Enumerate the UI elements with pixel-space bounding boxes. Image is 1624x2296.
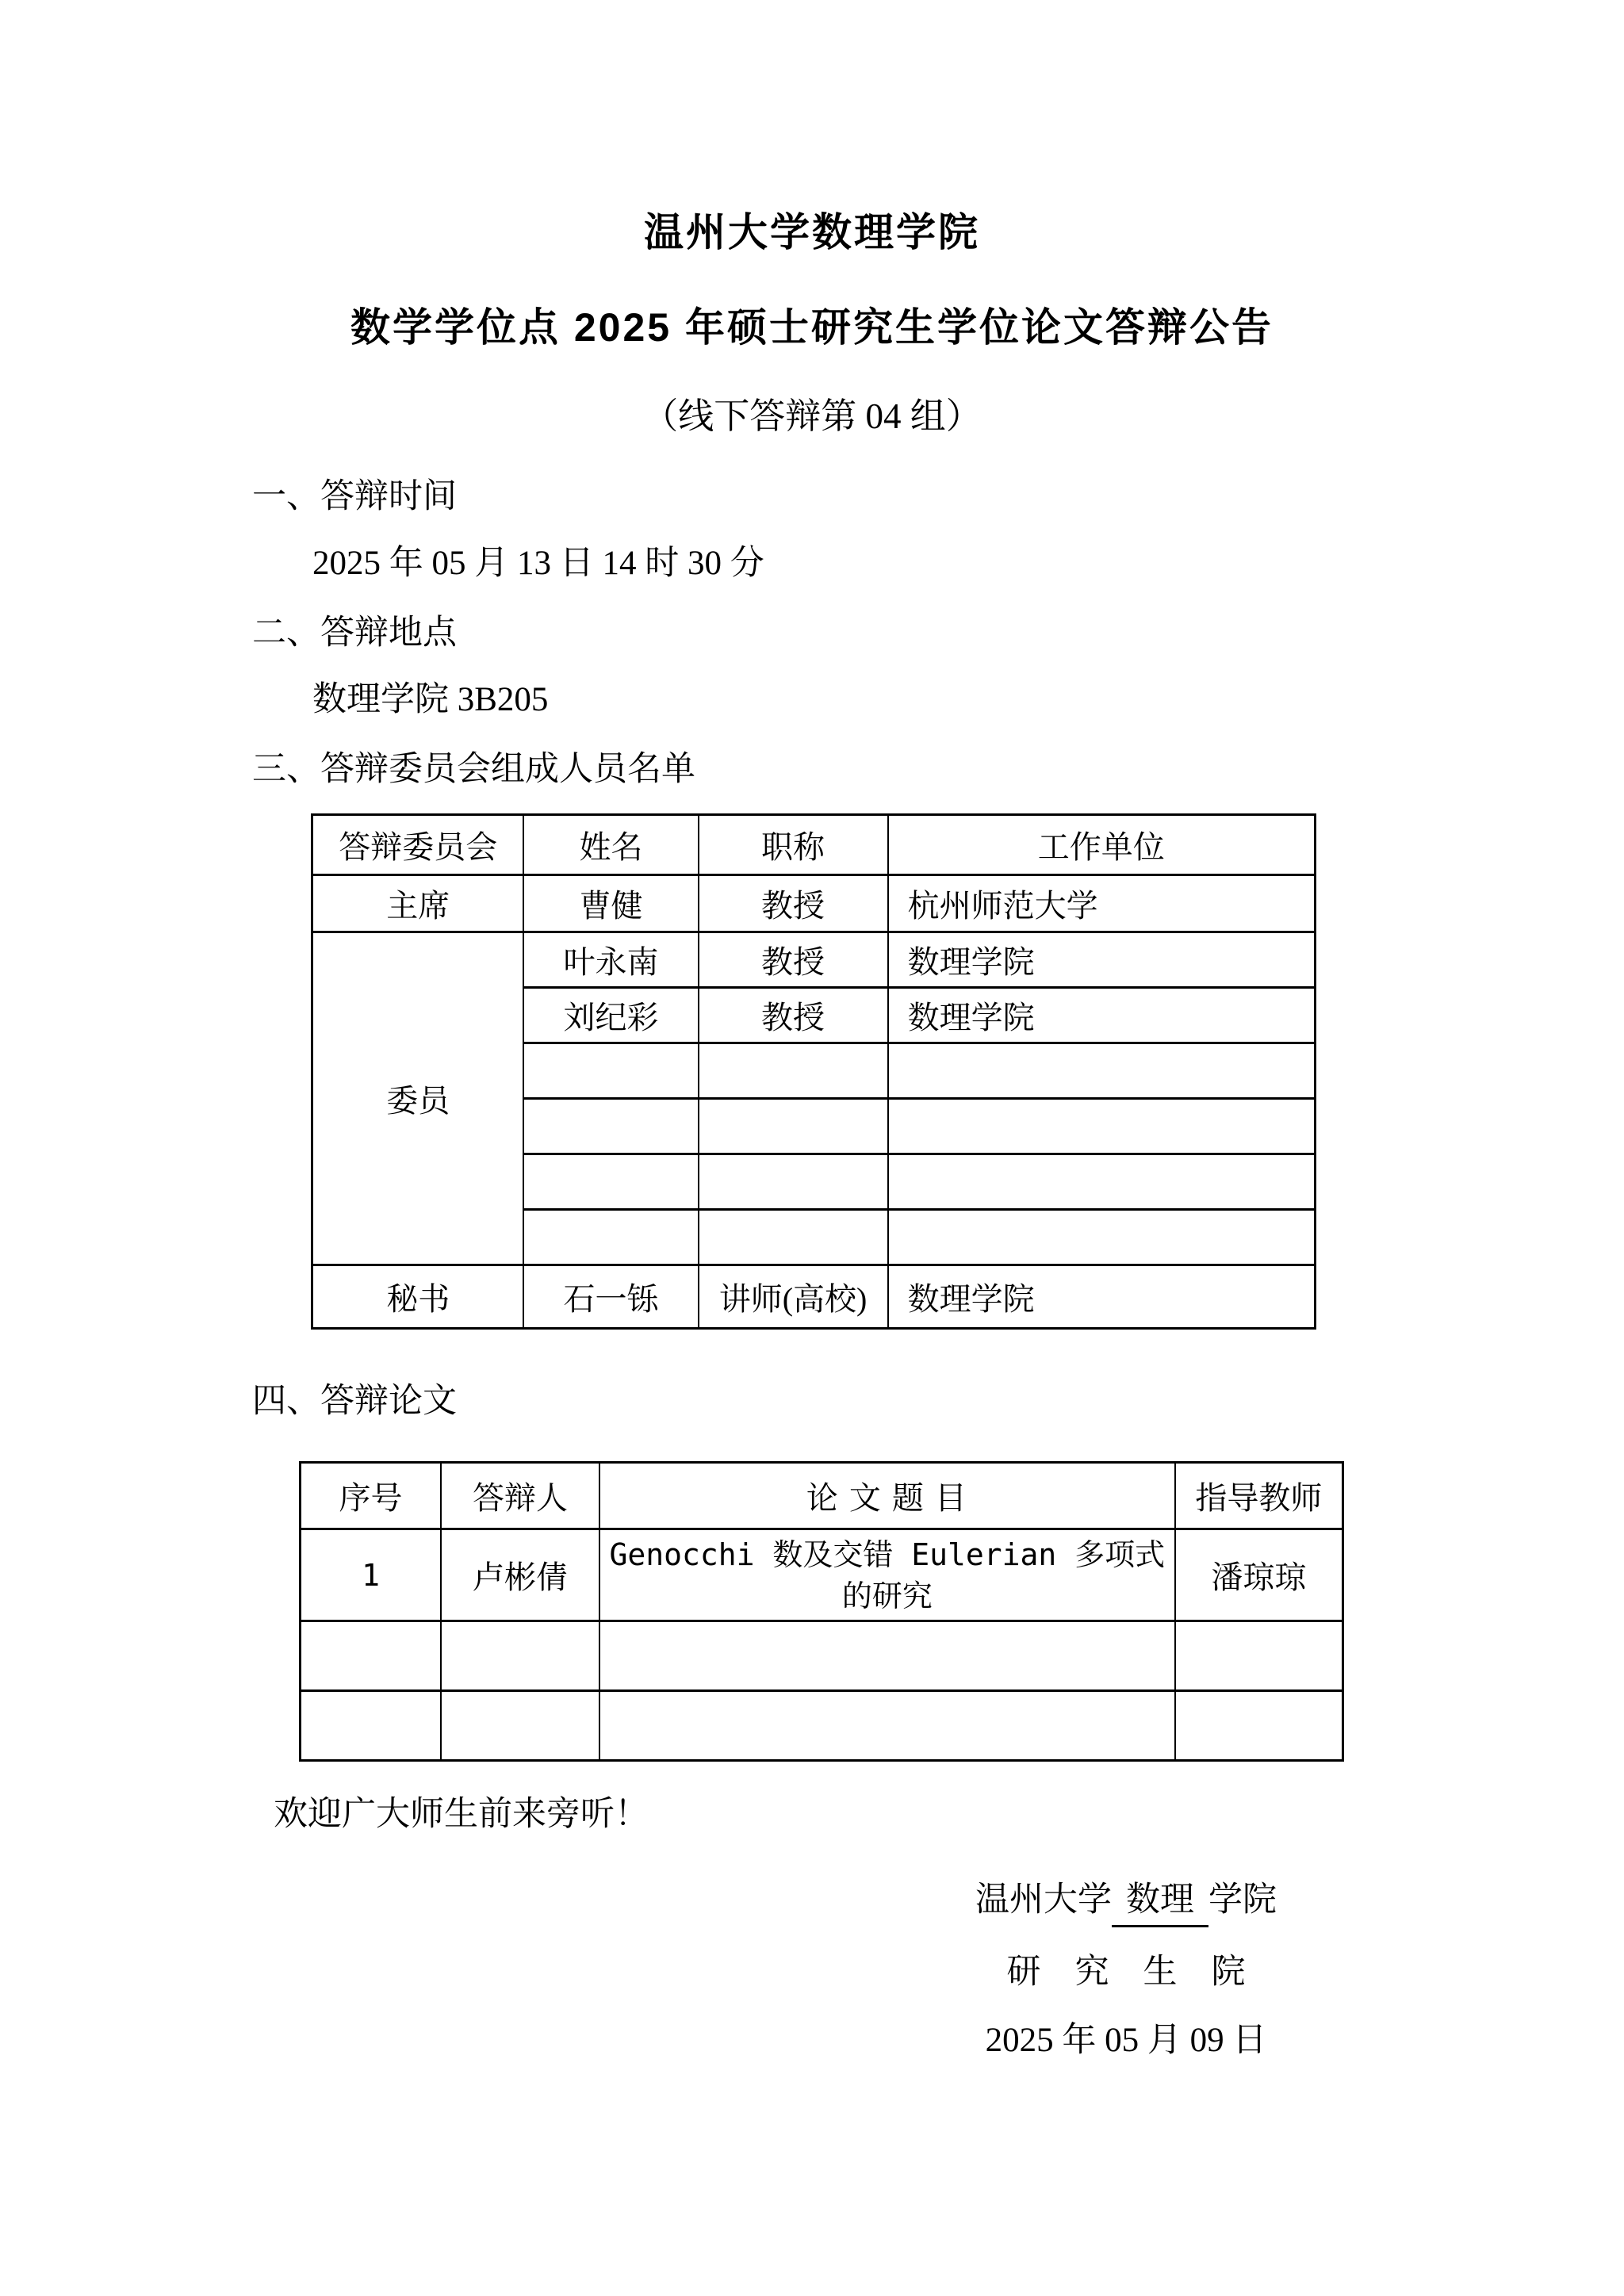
member-title-cell: 教授: [699, 932, 888, 988]
thesis-title-cell: [599, 1691, 1175, 1761]
chair-title-cell: 教授: [699, 875, 888, 932]
member-name-cell: 叶永南: [523, 932, 698, 988]
member-unit-cell: 数理学院: [888, 988, 1316, 1043]
thesis-advisor-cell: [1175, 1621, 1343, 1691]
committee-header-title: 职称: [699, 815, 888, 875]
page-title: 温州大学数理学院: [0, 0, 1624, 257]
table-row: 秘书 石一铄 讲师(高校) 数理学院: [312, 1265, 1316, 1329]
issuing-college-line: 温州大学数理学院: [888, 1877, 1364, 1927]
committee-header-unit: 工作单位: [888, 815, 1316, 875]
section-heading-committee: 三、答辩委员会组成人员名单: [252, 747, 1624, 793]
org-unit-underlined: 数理: [1112, 1877, 1208, 1927]
thesis-no-cell: 1: [301, 1529, 442, 1621]
table-row: 主席 曹健 教授 杭州师范大学: [312, 875, 1316, 932]
thesis-table: 序号 答辩人 论 文 题 目 指导教师 1 卢彬倩 Genocchi 数及交错 …: [299, 1461, 1344, 1762]
member-unit-cell: 数理学院: [888, 932, 1316, 988]
thesis-header-defender: 答辩人: [441, 1463, 599, 1529]
member-name-cell: [523, 1154, 698, 1210]
welcome-message: 欢迎广大师生前来旁听！: [274, 1792, 1624, 1838]
member-title-cell: [699, 1099, 888, 1154]
committee-header-row: 答辩委员会 姓名 职称 工作单位: [312, 815, 1316, 875]
table-row: 委员 叶永南 教授 数理学院: [312, 932, 1316, 988]
thesis-header-title: 论 文 题 目: [599, 1463, 1175, 1529]
member-title-cell: [699, 1043, 888, 1099]
member-unit-cell: [888, 1154, 1316, 1210]
thesis-header-no: 序号: [301, 1463, 442, 1529]
member-unit-cell: [888, 1210, 1316, 1265]
table-row: [301, 1621, 1343, 1691]
chair-unit-cell: 杭州师范大学: [888, 875, 1316, 932]
member-title-cell: [699, 1210, 888, 1265]
signature-block: 温州大学数理学院 研 究 生 院 2025 年 05 月 09 日: [888, 1877, 1364, 2064]
member-role-cell: 委员: [312, 932, 524, 1265]
thesis-no-cell: [301, 1691, 442, 1761]
page-title-line2: 数学学位点 2025 年硕士研究生学位论文答辩公告: [0, 303, 1624, 352]
section-heading-place: 二、答辩地点: [252, 610, 1624, 656]
section-heading-thesis: 四、答辩论文: [252, 1379, 1624, 1425]
committee-header-name: 姓名: [523, 815, 698, 875]
member-name-cell: [523, 1210, 698, 1265]
member-name-cell: [523, 1043, 698, 1099]
section-heading-time: 一、答辩时间: [252, 474, 1624, 520]
committee-table: 答辩委员会 姓名 职称 工作单位 主席 曹健 教授 杭州师范大学 委员 叶永南 …: [311, 813, 1316, 1330]
secretary-title-cell: 讲师(高校): [699, 1265, 888, 1329]
member-name-cell: [523, 1099, 698, 1154]
secretary-unit-cell: 数理学院: [888, 1265, 1316, 1329]
group-subtitle: （线下答辩第 04 组）: [0, 393, 1624, 439]
committee-header-role: 答辩委员会: [312, 815, 524, 875]
thesis-title-cell: Genocchi 数及交错 Eulerian 多项式的研究: [599, 1529, 1175, 1621]
thesis-defender-cell: 卢彬倩: [441, 1529, 599, 1621]
issue-date: 2025 年 05 月 09 日: [888, 2018, 1364, 2064]
thesis-defender-cell: [441, 1621, 599, 1691]
chair-role-cell: 主席: [312, 875, 524, 932]
defense-time-value: 2025 年 05 月 13 日 14 时 30 分: [312, 541, 1624, 587]
graduate-school-line: 研 究 生 院: [888, 1950, 1364, 1996]
member-name-cell: 刘纪彩: [523, 988, 698, 1043]
thesis-title-cell: [599, 1621, 1175, 1691]
secretary-role-cell: 秘书: [312, 1265, 524, 1329]
defense-announcement-document: 温州大学数理学院 数学学位点 2025 年硕士研究生学位论文答辩公告 （线下答辩…: [0, 0, 1624, 2296]
chair-name-cell: 曹健: [523, 875, 698, 932]
org-suffix: 学院: [1208, 1881, 1277, 1919]
thesis-header-row: 序号 答辩人 论 文 题 目 指导教师: [301, 1463, 1343, 1529]
member-unit-cell: [888, 1043, 1316, 1099]
thesis-header-advisor: 指导教师: [1175, 1463, 1343, 1529]
thesis-no-cell: [301, 1621, 442, 1691]
member-unit-cell: [888, 1099, 1316, 1154]
defense-place-value: 数理学院 3B205: [312, 677, 1624, 723]
member-title-cell: [699, 1154, 888, 1210]
secretary-name-cell: 石一铄: [523, 1265, 698, 1329]
table-row: [301, 1691, 1343, 1761]
member-title-cell: 教授: [699, 988, 888, 1043]
table-row: 1 卢彬倩 Genocchi 数及交错 Eulerian 多项式的研究 潘琼琼: [301, 1529, 1343, 1621]
thesis-defender-cell: [441, 1691, 599, 1761]
thesis-advisor-cell: [1175, 1691, 1343, 1761]
org-prefix: 温州大学: [975, 1881, 1112, 1919]
thesis-advisor-cell: 潘琼琼: [1175, 1529, 1343, 1621]
